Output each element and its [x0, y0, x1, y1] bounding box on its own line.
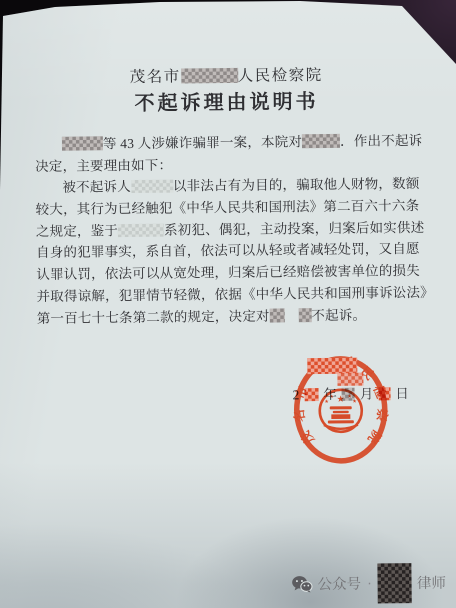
svg-text:★: ★ — [337, 394, 345, 404]
watermark-separator: · — [367, 575, 372, 591]
paper-sheet: 茂名市人民检察院 不起诉理由说明书 等 43 人涉嫌诈骗罪一案，本院对．作出不起… — [0, 0, 456, 608]
text-run: 不起诉。 — [311, 307, 366, 323]
svg-text:名: 名 — [291, 409, 308, 423]
redaction-mosaic — [131, 180, 173, 193]
document-body-line: 第一百七十七条第二款的规定，决定对 不起诉。 — [37, 303, 433, 329]
watermark-platform: 公众号 — [317, 573, 361, 594]
svg-text:★: ★ — [329, 394, 334, 400]
text-run: 以非法占有为目的，骗取他人财物，数额 — [173, 176, 420, 194]
document-photo: 茂名市人民检察院 不起诉理由说明书 等 43 人涉嫌诈骗罪一案，本院对．作出不起… — [0, 0, 456, 608]
text-run: 并取得谅解，犯罪情节轻微，依据《中华人民共和国刑事诉讼法》 — [36, 285, 433, 304]
text-run: 决定，主要理由如下： — [35, 157, 172, 173]
svg-text:★: ★ — [324, 399, 329, 405]
text-run: 认罪认罚，依法可以从宽处理，归案后已经赔偿被害单位的损失 — [36, 263, 420, 282]
redaction-mosaic — [118, 223, 164, 236]
redaction-mosaic — [302, 134, 340, 148]
text-run: 等 43 人涉嫌诈骗罪一案，本院对 — [103, 134, 302, 151]
document-content: 茂名市人民检察院 不起诉理由说明书 等 43 人涉嫌诈骗罪一案，本院对．作出不起… — [0, 0, 456, 608]
text-run: 之规定，鉴于 — [36, 223, 118, 239]
redaction-mosaic — [181, 68, 238, 84]
document-body: 等 43 人涉嫌诈骗罪一案，本院对．作出不起诉决定，主要理由如下：被不起诉人以非… — [35, 130, 433, 329]
svg-text:★: ★ — [352, 399, 357, 405]
redaction-mosaic — [62, 136, 103, 150]
watermark-suffix: 律师 — [417, 572, 446, 593]
redaction-mosaic — [270, 308, 285, 322]
text-run: 自身的犯罪事实，系自首，依法可以从轻或者减轻处罚，又自愿 — [36, 241, 420, 260]
svg-text:察: 察 — [374, 408, 390, 423]
redaction-mosaic — [378, 563, 412, 603]
document-body-line: 等 43 人涉嫌诈骗罪一案，本院对．作出不起诉 — [35, 130, 431, 156]
text-run: 日 — [395, 386, 409, 401]
text-run — [285, 308, 299, 323]
redaction-mosaic — [307, 358, 357, 375]
document-title: 不起诉理由说明书 — [0, 84, 455, 118]
text-run: ．作出不起诉 — [340, 133, 422, 149]
redaction-mosaic — [337, 373, 363, 386]
text-run: 被不起诉人 — [62, 179, 131, 195]
wechat-icon — [291, 575, 312, 593]
text-run: 较大，其行为已经触犯《中华人民共和国刑法》第二百六十六条 — [36, 198, 420, 217]
text-run: 第一百七十七条第二款的规定，决定对 — [37, 308, 270, 325]
redaction-mosaic — [298, 308, 311, 322]
text-run: 系初犯、偶犯，主动投案，归案后如实供述 — [164, 220, 424, 238]
watermark: 公众号 · 律师 — [291, 572, 446, 595]
document-body-line: 并取得谅解，犯罪情节轻微，依据《中华人民共和国刑事诉讼法》 — [36, 282, 432, 308]
text-run: 茂名市 — [130, 68, 181, 86]
text-run: 人民检察院 — [238, 67, 323, 85]
national-emblem-icon: ★ ★ ★ ★ ★ — [320, 390, 362, 432]
